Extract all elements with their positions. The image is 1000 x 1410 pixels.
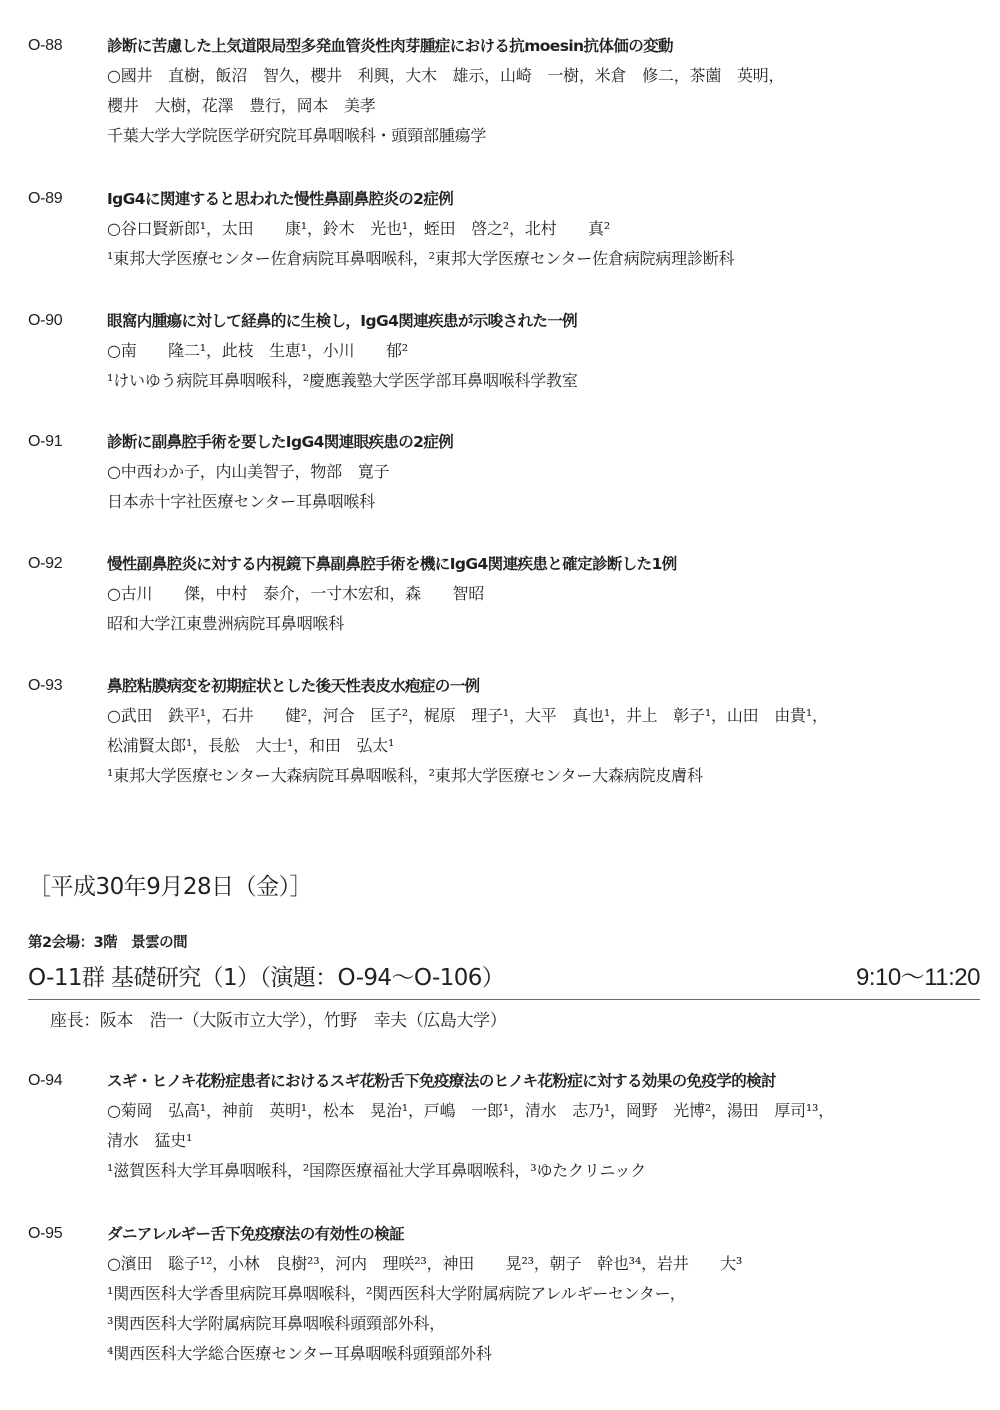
abstract-o-91: O-91 診断に副鼻腔手術を要したIgG4関連眼疾患の2症例 ○中西わか子，内山… xyxy=(0,427,1000,517)
abstract-header: O-89 IgG4に関連すると思われた慢性鼻副鼻腔炎の2症例 xyxy=(0,184,1000,214)
abstract-title: 診断に苦慮した上気道限局型多発血管炎性肉芽腫症における抗moesin抗体価の変動 xyxy=(107,31,673,61)
abstract-id: O-90 xyxy=(28,306,62,336)
affiliation-line: ¹東邦大学医療センター大森病院耳鼻咽喉科，²東邦大学医療センター大森病院皮膚科 xyxy=(0,761,1000,791)
abstract-header: O-93 鼻腔粘膜病変を初期症状とした後天性表皮水疱症の一例 xyxy=(0,671,1000,701)
affiliation-line: ⁴関西医科大学総合医療センター耳鼻咽喉科頭頸部外科 xyxy=(0,1339,1000,1369)
abstract-o-88: O-88 診断に苦慮した上気道限局型多発血管炎性肉芽腫症における抗moesin抗… xyxy=(0,31,1000,151)
affiliation-line: ¹関西医科大学香里病院耳鼻咽喉科，²関西医科大学附属病院アレルギーセンター， xyxy=(0,1279,1000,1309)
author-line: ○南 隆二¹，此枝 生恵¹，小川 郁² xyxy=(0,336,1000,366)
author-line: ○濱田 聡子¹²，小林 良樹²³，河内 理咲²³，神田 晃²³，朝子 幹也³⁴，… xyxy=(0,1249,1000,1279)
abstract-id: O-93 xyxy=(28,671,62,701)
affiliation-line: ¹滋賀医科大学耳鼻咽喉科，²国際医療福祉大学耳鼻咽喉科，³ゆたクリニック xyxy=(0,1156,1000,1186)
affiliation-line: 千葉大学大学院医学研究院耳鼻咽喉科・頭頸部腫瘍学 xyxy=(0,121,1000,151)
date-heading: ［平成30年9月28日（金）］ xyxy=(28,869,312,905)
session-title: O-11群 基礎研究（1）（演題：O-94〜O-106） xyxy=(28,960,504,996)
abstract-header: O-90 眼窩内腫瘍に対して経鼻的に生検し，IgG4関連疾患が示唆された一例 xyxy=(0,306,1000,336)
abstract-o-95: O-95 ダニアレルギー舌下免疫療法の有効性の検証 ○濱田 聡子¹²，小林 良樹… xyxy=(0,1219,1000,1369)
abstract-id: O-88 xyxy=(28,31,62,61)
author-line: ○谷口賢新郎¹，太田 康¹，鈴木 光也¹，蛭田 啓之²，北村 真² xyxy=(0,214,1000,244)
abstract-header: O-91 診断に副鼻腔手術を要したIgG4関連眼疾患の2症例 xyxy=(0,427,1000,457)
abstract-o-92: O-92 慢性副鼻腔炎に対する内視鏡下鼻副鼻腔手術を機にIgG4関連疾患と確定診… xyxy=(0,549,1000,639)
author-line: 清水 猛史¹ xyxy=(0,1126,1000,1156)
abstract-header: O-94 スギ・ヒノキ花粉症患者におけるスギ花粉舌下免疫療法のヒノキ花粉症に対す… xyxy=(0,1066,1000,1096)
abstract-title: 慢性副鼻腔炎に対する内視鏡下鼻副鼻腔手術を機にIgG4関連疾患と確定診断した1例 xyxy=(107,549,677,579)
abstract-id: O-89 xyxy=(28,184,62,214)
venue-label: 第2会場：3階 景雲の間 xyxy=(28,932,187,954)
abstract-id: O-95 xyxy=(28,1219,62,1249)
session-chairs: 座長：阪本 浩一（大阪市立大学），竹野 幸夫（広島大学） xyxy=(50,1006,506,1036)
abstract-title: 鼻腔粘膜病変を初期症状とした後天性表皮水疱症の一例 xyxy=(107,671,480,701)
author-line: 櫻井 大樹，花澤 豊行，岡本 美孝 xyxy=(0,91,1000,121)
affiliation-line: ¹東邦大学医療センター佐倉病院耳鼻咽喉科，²東邦大学医療センター佐倉病院病理診断… xyxy=(0,244,1000,274)
abstract-id: O-94 xyxy=(28,1066,62,1096)
affiliation-line: 日本赤十字社医療センター耳鼻咽喉科 xyxy=(0,487,1000,517)
affiliation-line: ³関西医科大学附属病院耳鼻咽喉科頭頸部外科， xyxy=(0,1309,1000,1339)
abstract-id: O-91 xyxy=(28,427,62,457)
abstract-title: IgG4に関連すると思われた慢性鼻副鼻腔炎の2症例 xyxy=(107,184,453,214)
abstract-o-89: O-89 IgG4に関連すると思われた慢性鼻副鼻腔炎の2症例 ○谷口賢新郎¹，太… xyxy=(0,184,1000,274)
abstract-o-94: O-94 スギ・ヒノキ花粉症患者におけるスギ花粉舌下免疫療法のヒノキ花粉症に対す… xyxy=(0,1066,1000,1186)
session-time: 9:10〜11:20 xyxy=(856,960,980,996)
author-line: ○武田 鉄平¹，石井 健²，河合 匡子²，梶原 理子¹，大平 真也¹，井上 彰子… xyxy=(0,701,1000,731)
session-divider xyxy=(28,999,980,1000)
author-line: ○古川 傑，中村 泰介，一寸木宏和，森 智昭 xyxy=(0,579,1000,609)
affiliation-line: ¹けいゆう病院耳鼻咽喉科，²慶應義塾大学医学部耳鼻咽喉科学教室 xyxy=(0,366,1000,396)
author-line: 松浦賢太郎¹，長舩 大士¹，和田 弘太¹ xyxy=(0,731,1000,761)
abstract-header: O-88 診断に苦慮した上気道限局型多発血管炎性肉芽腫症における抗moesin抗… xyxy=(0,31,1000,61)
abstract-o-93: O-93 鼻腔粘膜病変を初期症状とした後天性表皮水疱症の一例 ○武田 鉄平¹，石… xyxy=(0,671,1000,791)
author-line: ○中西わか子，内山美智子，物部 寛子 xyxy=(0,457,1000,487)
abstract-id: O-92 xyxy=(28,549,62,579)
abstract-header: O-92 慢性副鼻腔炎に対する内視鏡下鼻副鼻腔手術を機にIgG4関連疾患と確定診… xyxy=(0,549,1000,579)
abstract-header: O-95 ダニアレルギー舌下免疫療法の有効性の検証 xyxy=(0,1219,1000,1249)
abstract-title: スギ・ヒノキ花粉症患者におけるスギ花粉舌下免疫療法のヒノキ花粉症に対する効果の免… xyxy=(107,1066,776,1096)
abstract-o-90: O-90 眼窩内腫瘍に対して経鼻的に生検し，IgG4関連疾患が示唆された一例 ○… xyxy=(0,306,1000,396)
author-line: ○國井 直樹，飯沼 智久，櫻井 利興，大木 雄示，山崎 一樹，米倉 修二，茶薗 … xyxy=(0,61,1000,91)
author-line: ○菊岡 弘高¹，神前 英明¹，松本 晃治¹，戸嶋 一郎¹，清水 志乃¹，岡野 光… xyxy=(0,1096,1000,1126)
abstract-title: ダニアレルギー舌下免疫療法の有効性の検証 xyxy=(107,1219,404,1249)
abstract-title: 眼窩内腫瘍に対して経鼻的に生検し，IgG4関連疾患が示唆された一例 xyxy=(107,306,577,336)
affiliation-line: 昭和大学江東豊洲病院耳鼻咽喉科 xyxy=(0,609,1000,639)
abstract-title: 診断に副鼻腔手術を要したIgG4関連眼疾患の2症例 xyxy=(107,427,453,457)
